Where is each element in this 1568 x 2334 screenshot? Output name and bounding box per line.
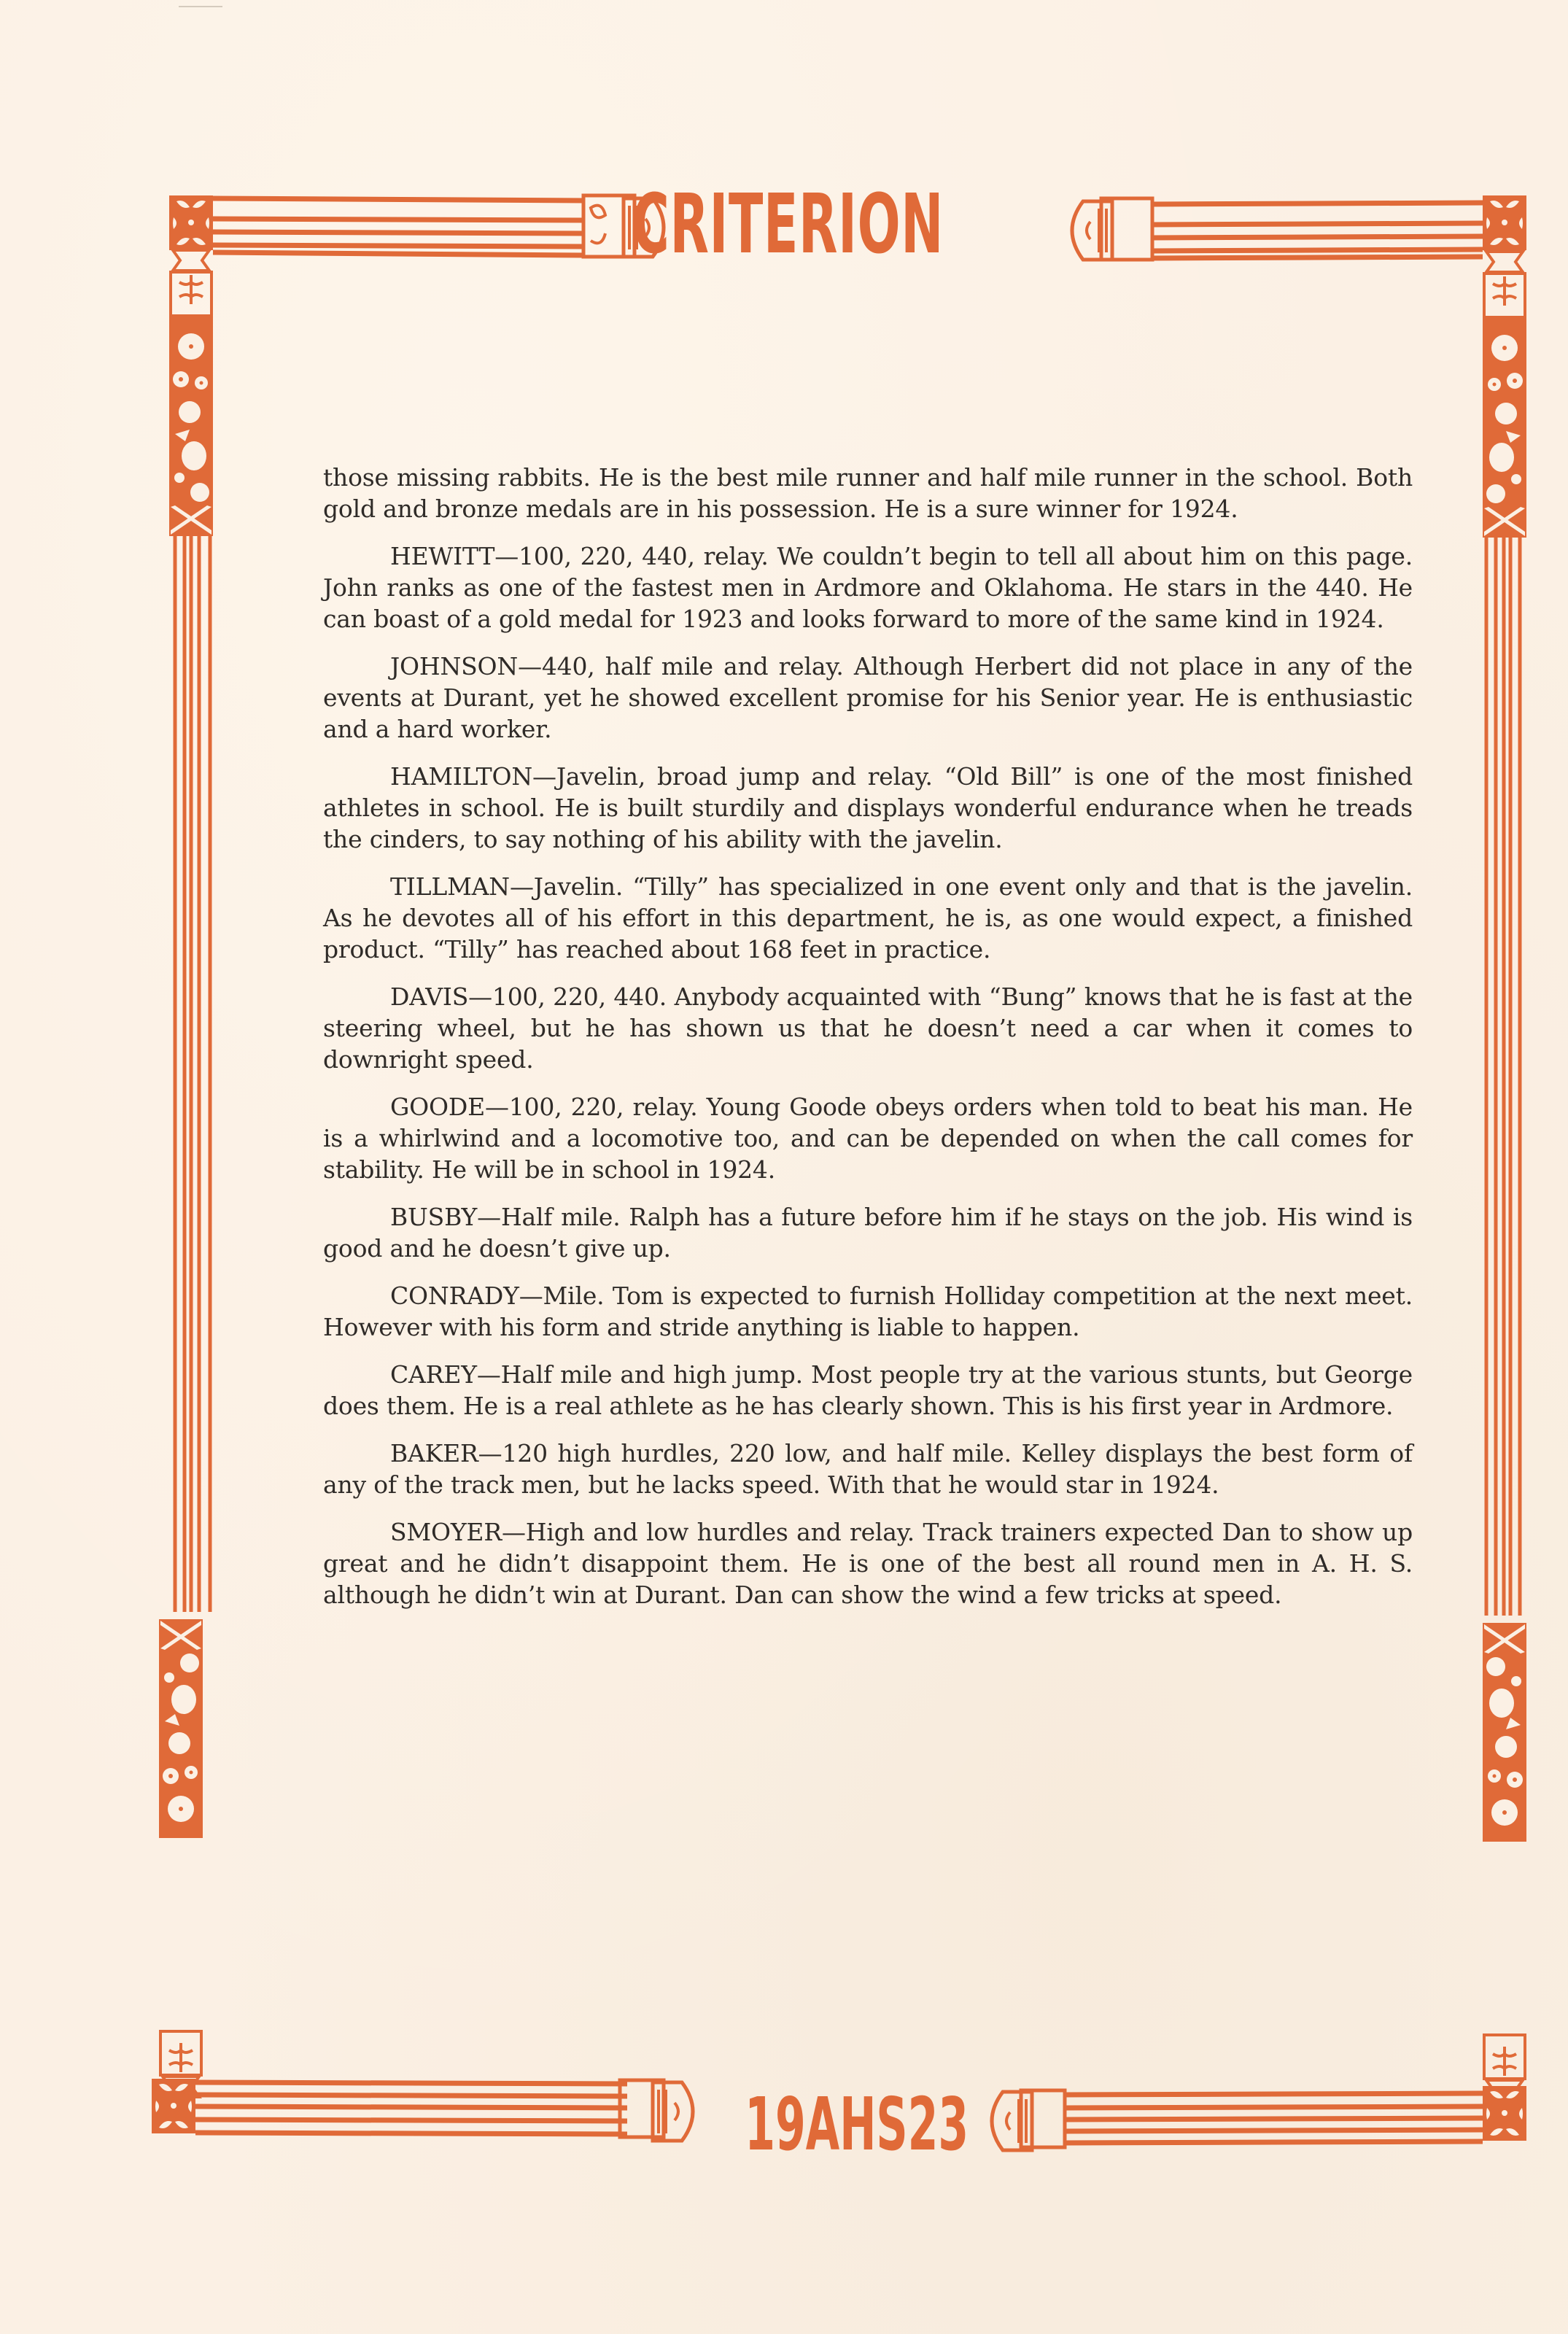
athlete-name: TILLMAN (390, 872, 510, 901)
athlete-events: 440, half mile and relay. (542, 652, 844, 681)
athlete-events: 100, 220, relay. (509, 1093, 698, 1121)
athlete-entry: HEWITT—100, 220, 440, relay. We couldn’t… (323, 540, 1413, 635)
class-emblem: 19AHS23 (737, 2075, 977, 2174)
yearbook-page: CRITERION those missing rabbits. He is t… (0, 0, 1568, 2334)
athlete-events: High and low hurdles and relay. (526, 1518, 915, 1546)
athlete-name: CONRADY (390, 1282, 519, 1310)
athlete-name: CAREY (390, 1360, 477, 1389)
athlete-entry: CAREY—Half mile and high jump. Most peop… (323, 1359, 1413, 1422)
athlete-name: DAVIS (390, 982, 468, 1011)
masthead-title: CRITERION (632, 184, 943, 265)
athlete-name: BUSBY (390, 1203, 477, 1231)
athlete-events: 120 high hurdles, 220 low, and half mile… (502, 1439, 1011, 1468)
athlete-name: HAMILTON (390, 762, 532, 791)
athlete-entry: GOODE—100, 220, relay. Young Goode obeys… (323, 1091, 1413, 1185)
em-dash: — (519, 1282, 543, 1310)
athlete-entry: DAVIS—100, 220, 440. Anybody acquainted … (323, 981, 1413, 1075)
athlete-events: Mile. (543, 1282, 605, 1310)
paper-mark (179, 6, 222, 7)
em-dash: — (532, 762, 556, 791)
em-dash: — (485, 1093, 509, 1121)
athlete-entry: CONRADY—Mile. Tom is expected to furnish… (323, 1280, 1413, 1343)
emblem-text: 19AHS23 (745, 2088, 969, 2161)
athlete-events: Javelin. (534, 872, 623, 901)
em-dash: — (494, 542, 519, 570)
em-dash: — (510, 872, 534, 901)
athlete-entry: BAKER—120 high hurdles, 220 low, and hal… (323, 1438, 1413, 1500)
em-dash: — (477, 1203, 501, 1231)
athlete-entry: TILLMAN—Javelin. “Tilly” has specialized… (323, 871, 1413, 965)
athlete-name: BAKER (390, 1439, 478, 1468)
continuation-paragraph: those missing rabbits. He is the best mi… (323, 462, 1413, 524)
athlete-events: Half mile and high jump. (501, 1360, 803, 1389)
athlete-events: Javelin, broad jump and relay. (556, 762, 933, 791)
athlete-name: HEWITT (390, 542, 494, 570)
athlete-events: 100, 220, 440, relay. (519, 542, 769, 570)
athlete-entry: JOHNSON—440, half mile and relay. Althou… (323, 651, 1413, 745)
article-body: those missing rabbits. He is the best mi… (323, 462, 1413, 1627)
em-dash: — (468, 982, 492, 1011)
athlete-name: GOODE (390, 1093, 485, 1121)
athlete-entry: HAMILTON—Javelin, broad jump and relay. … (323, 761, 1413, 855)
athlete-name: JOHNSON (390, 652, 518, 681)
athlete-entry: SMOYER—High and low hurdles and relay. T… (323, 1516, 1413, 1610)
em-dash: — (477, 1360, 501, 1389)
em-dash: — (518, 652, 542, 681)
masthead: CRITERION (645, 179, 930, 270)
athlete-entry: BUSBY—Half mile. Ralph has a future befo… (323, 1201, 1413, 1264)
em-dash: — (478, 1439, 502, 1468)
athlete-events: 100, 220, 440. (492, 982, 667, 1011)
athlete-events: Half mile. (501, 1203, 621, 1231)
athlete-entries: HEWITT—100, 220, 440, relay. We couldn’t… (323, 540, 1413, 1610)
athlete-name: SMOYER (390, 1518, 502, 1546)
em-dash: — (502, 1518, 526, 1546)
